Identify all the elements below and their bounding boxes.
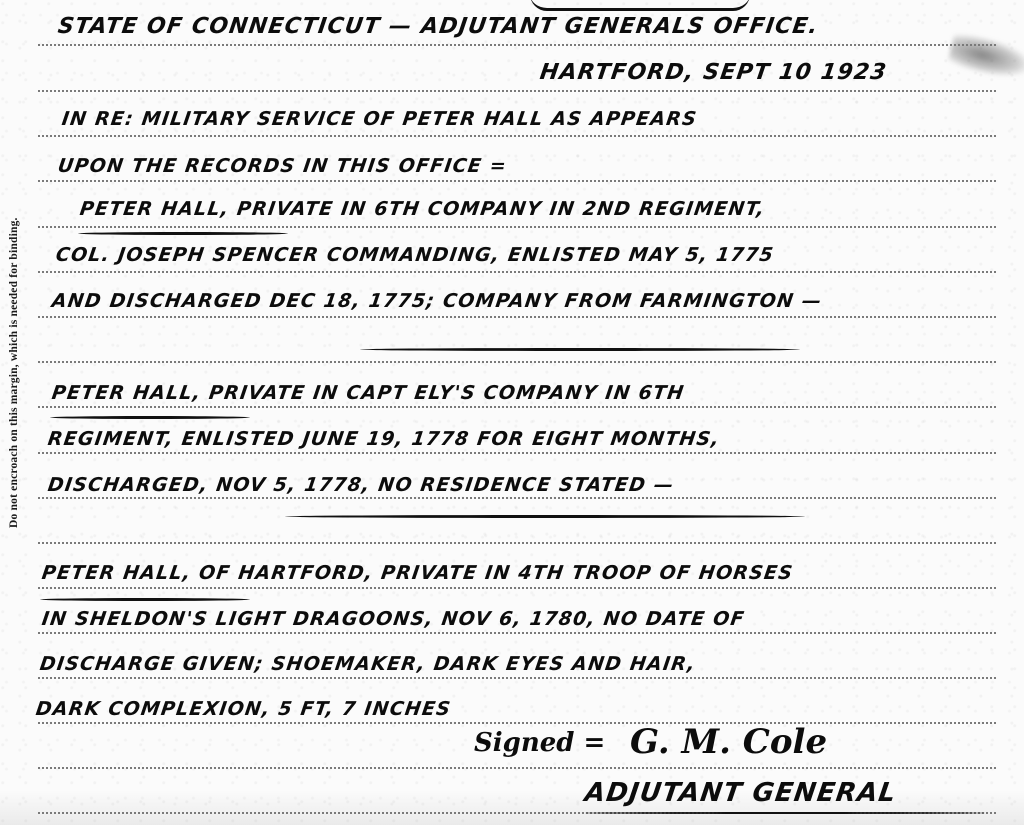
section-divider-flourish xyxy=(360,348,800,351)
rule-line xyxy=(38,316,996,318)
top-pen-stroke xyxy=(530,0,750,11)
rule-line xyxy=(38,180,996,182)
entry-3-line-4: dark complexion, 5 ft, 7 inches xyxy=(34,698,452,720)
entry-3-line-1: Peter Hall, of Hartford, private in 4th … xyxy=(40,562,794,584)
rule-line xyxy=(38,406,996,408)
binding-margin-note: Do not encroach on this margin, which is… xyxy=(8,217,20,528)
signature-name: G. M. Cole xyxy=(630,722,827,762)
entry-3-line-2: in Sheldon's Light Dragoons, Nov 6, 1780… xyxy=(40,608,746,630)
title-underline xyxy=(585,812,985,814)
rule-line xyxy=(38,722,996,724)
rule-line xyxy=(38,361,996,363)
entry-1-line-3: and discharged Dec 18, 1775; Company fro… xyxy=(50,290,823,312)
rule-line xyxy=(38,271,996,273)
rule-line xyxy=(38,632,996,634)
rule-line xyxy=(38,542,996,544)
rule-line xyxy=(38,587,996,589)
rule-line xyxy=(38,497,996,499)
subject-line-1: In re: Military Service of Peter Hall as… xyxy=(60,108,698,130)
name-underline xyxy=(40,598,250,601)
rule-line xyxy=(38,90,996,92)
header-line-1: State of Connecticut — Adjutant Generals… xyxy=(56,14,820,39)
signature-prefix: Signed = xyxy=(474,728,605,758)
section-divider-flourish xyxy=(285,515,805,518)
subject-line-2: upon the records in this office = xyxy=(56,155,508,177)
header-date-line: Hartford, Sept 10 1923 xyxy=(538,60,888,85)
entry-1-line-1: Peter Hall, private in 6th Company in 2n… xyxy=(78,198,766,220)
entry-2-line-2: Regiment, enlisted June 19, 1778 for eig… xyxy=(46,428,721,450)
entry-2-line-3: discharged, Nov 5, 1778, no residence st… xyxy=(46,474,675,496)
name-underline xyxy=(50,416,250,419)
name-underline xyxy=(78,232,288,235)
rule-line xyxy=(38,135,996,137)
entry-3-line-3: discharge given; Shoemaker, dark eyes an… xyxy=(38,653,697,675)
entry-1-line-2: Col. Joseph Spencer commanding, enlisted… xyxy=(54,244,775,266)
rule-line xyxy=(38,226,996,228)
rule-line xyxy=(38,452,996,454)
signature-title: Adjutant General xyxy=(583,778,899,808)
entry-2-line-1: Peter Hall, private in Capt Ely's Compan… xyxy=(50,382,685,404)
rule-line xyxy=(38,44,996,46)
rule-line xyxy=(38,677,996,679)
ink-smudge xyxy=(947,31,1024,83)
scanned-document-page: Do not encroach on this margin, which is… xyxy=(0,0,1024,825)
rule-line xyxy=(38,767,996,769)
